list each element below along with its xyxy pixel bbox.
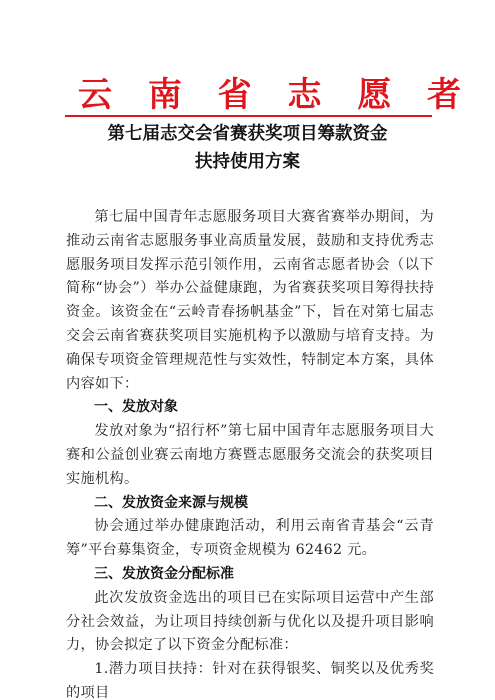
document-title-line-1: 第七届志交会省赛获奖项目筹款资金 xyxy=(0,123,495,145)
document-title-line-2: 扶持使用方案 xyxy=(0,151,495,173)
document-body: 第七届中国青年志愿服务项目大赛省赛举办期间，为推动云南省志愿服务事业高质量发展，… xyxy=(66,206,434,700)
section-heading-funding-source: 二、发放资金来源与规模 xyxy=(66,492,434,516)
list-item-potential-projects: 1.潜力项目扶持：针对在获得银奖、铜奖以及优秀奖的项目 xyxy=(66,658,434,700)
header-red-rule xyxy=(65,115,432,117)
section-heading-allocation-criteria: 三、发放资金分配标准 xyxy=(66,563,434,587)
intro-paragraph: 第七届中国青年志愿服务项目大赛省赛举办期间，为推动云南省志愿服务事业高质量发展，… xyxy=(66,206,434,396)
section-heading-recipients: 一、发放对象 xyxy=(66,396,434,420)
section-body-allocation-criteria: 此次发放资金选出的项目已在实际项目运营中产生部分社会效益，为让项目持续创新与优化… xyxy=(66,587,434,658)
section-body-funding-source: 协会通过举办健康跑活动，利用云南省青基会“云青筹”平台募集资金，专项资金规模为 … xyxy=(66,515,434,563)
section-body-recipients: 发放对象为“招行杯”第七届中国青年志愿服务项目大赛和公益创业赛云南地方赛暨志愿服… xyxy=(66,420,434,491)
organization-header: 云 南 省 志 愿 者 协 会 xyxy=(66,76,432,114)
